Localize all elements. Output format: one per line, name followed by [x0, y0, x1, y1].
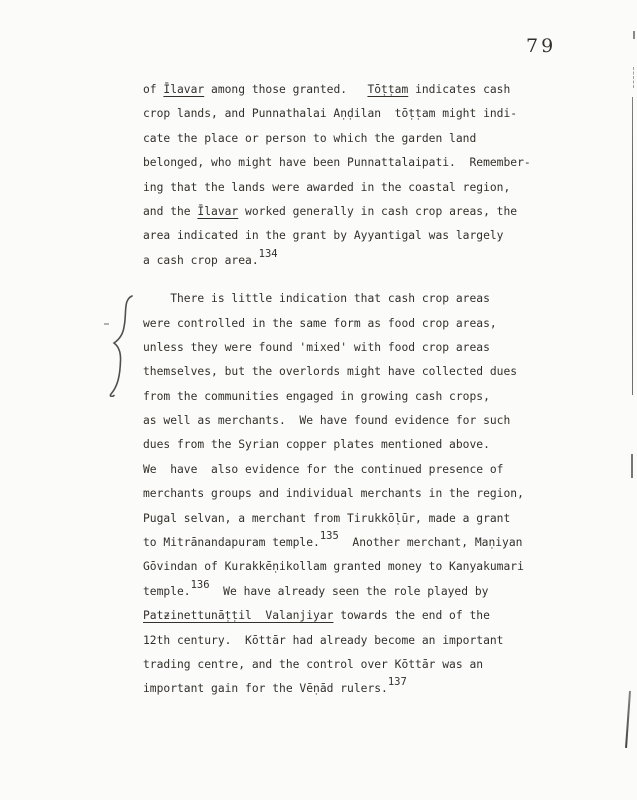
paragraph: There is little indication that cash cro…: [143, 287, 531, 702]
underlined-term: Tōṭṭam: [367, 83, 408, 96]
text-line: belonged, who might have been Punnattala…: [143, 151, 531, 175]
text-segment: dues from the Syrian copper plates menti…: [143, 438, 490, 451]
page-number: 79: [526, 35, 556, 57]
text-segment: ing that the lands were awarded in the c…: [143, 181, 510, 194]
text-line: cate the place or person to which the ga…: [143, 127, 531, 151]
text-segment: towards the end of the: [333, 609, 489, 622]
text-segment: worked generally in cash crop areas, the: [238, 205, 517, 218]
text-line: merchants groups and individual merchant…: [143, 482, 531, 506]
text-line: themselves, but the overlords might have…: [143, 360, 531, 384]
text-segment: belonged, who might have been Punnattala…: [143, 156, 531, 169]
text-segment: Gōvindan of Kurakkēṇikollam granted mone…: [143, 560, 524, 573]
text-line: dues from the Syrian copper plates menti…: [143, 433, 531, 457]
underlined-term: Īlavar: [197, 205, 238, 218]
text-line: Patƶinettunāṭṭil Valanjiyar towards the …: [143, 604, 531, 628]
underlined-term: Patƶinettunāṭṭil Valanjiyar: [143, 609, 333, 622]
text-segment: 12th century. Kōttār had already become …: [143, 634, 503, 647]
text-segment: to Mitrānandapuram temple.: [143, 536, 320, 549]
text-line: a cash crop area.134: [143, 249, 531, 273]
text-segment: We have also evidence for the continued …: [143, 463, 503, 476]
footnote-reference: 134: [259, 248, 278, 260]
text-line: There is little indication that cash cro…: [143, 287, 531, 311]
text-segment: Pugal selvan, a merchant from Tirukkōḷūr…: [143, 512, 510, 525]
text-segment: unless they were found 'mixed' with food…: [143, 341, 490, 354]
text-line: important gain for the Vēṇād rulers.137: [143, 677, 531, 701]
text-segment: There is little indication that cash cro…: [143, 292, 490, 305]
scan-artifact-segment-middle: [631, 454, 633, 478]
text-segment: indicates cash: [408, 83, 510, 96]
text-segment: area indicated in the grant by Ayyantiga…: [143, 229, 503, 242]
text-line: Gōvindan of Kurakkēṇikollam granted mone…: [143, 555, 531, 579]
text-segment: Another merchant, Maṇiyan: [339, 536, 523, 549]
text-line: Pugal selvan, a merchant from Tirukkōḷūr…: [143, 507, 531, 531]
footnote-reference: 136: [191, 579, 210, 591]
text-segment: were controlled in the same form as food…: [143, 317, 497, 330]
text-line: unless they were found 'mixed' with food…: [143, 336, 531, 360]
text-segment: themselves, but the overlords might have…: [143, 365, 517, 378]
text-segment: and the: [143, 205, 197, 218]
text-segment: trading centre, and the control over Kōt…: [143, 658, 483, 671]
text-line: were controlled in the same form as food…: [143, 312, 531, 336]
text-line: We have also evidence for the continued …: [143, 458, 531, 482]
text-line: ing that the lands were awarded in the c…: [143, 176, 531, 200]
page-text: of Īlavar among those granted. Tōṭṭam in…: [143, 78, 531, 702]
scan-artifact-edge-line: [632, 97, 633, 395]
handwritten-brace-annotation: [105, 293, 137, 397]
underlined-term: Īlavar: [163, 83, 204, 96]
text-line: trading centre, and the control over Kōt…: [143, 653, 531, 677]
footnote-reference: 137: [388, 676, 407, 688]
footnote-reference: 135: [320, 530, 339, 542]
scanned-typescript-page: { "content": { "page_number": "79", "par…: [0, 0, 637, 800]
text-segment: crop lands, and Punnathalai Aṇḍilan tōṭṭ…: [143, 107, 517, 120]
scan-artifact-dash-top: [633, 31, 635, 39]
text-segment: merchants groups and individual merchant…: [143, 487, 524, 500]
text-segment: among those granted.: [204, 83, 367, 96]
text-segment: We have already seen the role played by: [210, 585, 489, 598]
text-segment: a cash crop area.: [143, 254, 259, 267]
text-line: area indicated in the grant by Ayyantiga…: [143, 224, 531, 248]
text-line: crop lands, and Punnathalai Aṇḍilan tōṭṭ…: [143, 102, 531, 126]
text-line: temple.136 We have already seen the role…: [143, 580, 531, 604]
text-line: of Īlavar among those granted. Tōṭṭam in…: [143, 78, 531, 102]
text-segment: of: [143, 83, 163, 96]
text-line: and the Īlavar worked generally in cash …: [143, 200, 531, 224]
text-segment: as well as merchants. We have found evid…: [143, 414, 510, 427]
paragraph: of Īlavar among those granted. Tōṭṭam in…: [143, 78, 531, 273]
text-segment: from the communities engaged in growing …: [143, 390, 490, 403]
scan-artifact-dotted-segment: [633, 67, 634, 88]
text-line: to Mitrānandapuram temple.135 Another me…: [143, 531, 531, 555]
text-line: 12th century. Kōttār had already become …: [143, 629, 531, 653]
pencil-speck: [104, 323, 109, 325]
text-line: as well as merchants. We have found evid…: [143, 409, 531, 433]
text-segment: temple.: [143, 585, 191, 598]
text-line: from the communities engaged in growing …: [143, 385, 531, 409]
text-segment: important gain for the Vēṇād rulers.: [143, 682, 388, 695]
text-segment: cate the place or person to which the ga…: [143, 132, 476, 145]
scan-artifact-segment-bottom: [625, 691, 631, 748]
